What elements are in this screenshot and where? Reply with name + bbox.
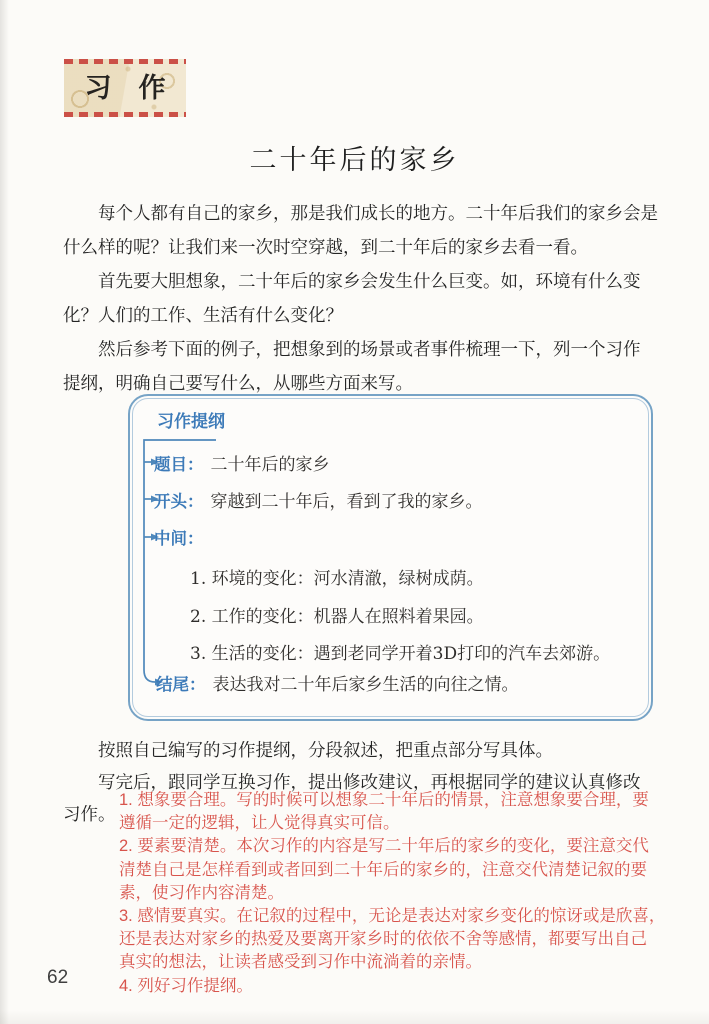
note-line: 还是表达对家乡的热爱及要离开家乡时的依依不舍等感情，都要写出自己 — [119, 928, 697, 951]
note-line: 1. 想象要合理。写的时候可以想象二十年后的情景，注意想象要合理，要 — [119, 789, 697, 812]
outline-row-ending: 结尾：表达我对二十年后家乡生活的向往之情。 — [156, 670, 519, 695]
writing-outline-box: 习作提纲 题目：二十年后的家乡 开头：穿越到二十年后，看到了我的家乡。 中间： … — [128, 394, 653, 721]
outline-middle-item: 2. 工作的变化：机器人在照料着果园。 — [190, 602, 484, 627]
paragraph-line: 化？人们的工作、生活有什么变化？ — [63, 298, 655, 332]
section-banner-label: 习 作 — [85, 75, 166, 102]
outline-item-text: 3. 生活的变化：遇到老同学开着3D打印的汽车去郊游。 — [190, 644, 610, 664]
outline-label-middle: 中间： — [154, 529, 204, 548]
outline-label-ending: 结尾： — [156, 675, 206, 694]
note-line: 清楚自己是怎样看到或者回到二十年后的家乡的，注意交代清楚记叙的要 — [119, 859, 697, 882]
note-line: 素，使习作内容清楚。 — [119, 882, 697, 905]
textbook-page: 习 作 二十年后的家乡 每个人都有自己的家乡，那是我们成长的地方。二十年后我们的… — [0, 0, 709, 1024]
intro-paragraphs: 每个人都有自己的家乡，那是我们成长的地方。二十年后我们的家乡会是 什么样的呢？让… — [63, 196, 655, 400]
note-line: 真实的想法，让读者感受到习作中流淌着的亲情。 — [119, 951, 697, 974]
outline-item-text: 1. 环境的变化：河水清澈，绿树成荫。 — [190, 569, 484, 589]
red-annotation-notes: 1. 想象要合理。写的时候可以想象二十年后的情景，注意想象要合理，要 遵循一定的… — [119, 789, 697, 998]
page-title: 二十年后的家乡 — [0, 138, 709, 177]
paragraph-line: 按照自己编写的习作提纲，分段叙述，把重点部分写具体。 — [63, 734, 655, 766]
paragraph-line: 然后参考下面的例子，把想象到的场景或者事件梳理一下，列一个习作 — [63, 332, 655, 366]
paragraph-line: 什么样的呢？让我们来一次时空穿越，到二十年后的家乡去看一看。 — [63, 230, 655, 264]
paragraph-line: 每个人都有自己的家乡，那是我们成长的地方。二十年后我们的家乡会是 — [63, 196, 655, 230]
outline-text-opening: 穿越到二十年后，看到了我的家乡。 — [211, 492, 483, 512]
outline-label-opening: 开头： — [154, 492, 204, 511]
outline-item-text: 2. 工作的变化：机器人在照料着果园。 — [190, 607, 484, 627]
outline-middle-item: 3. 生活的变化：遇到老同学开着3D打印的汽车去郊游。 — [190, 639, 610, 664]
paragraph-line: 首先要大胆想象，二十年后的家乡会发生什么巨变。如，环境有什么变 — [63, 264, 655, 298]
outline-heading: 习作提纲 — [157, 407, 225, 432]
outline-text-title: 二十年后的家乡 — [211, 455, 330, 475]
outline-row-middle: 中间： — [154, 525, 204, 549]
outline-row-opening: 开头：穿越到二十年后，看到了我的家乡。 — [154, 487, 483, 512]
section-banner: 习 作 — [64, 59, 186, 117]
outline-text-ending: 表达我对二十年后家乡生活的向往之情。 — [213, 675, 519, 695]
note-line: 4. 列好习作提纲。 — [119, 975, 697, 998]
outline-row-title: 题目：二十年后的家乡 — [154, 450, 330, 475]
note-line: 遵循一定的逻辑，让人觉得真实可信。 — [119, 812, 697, 835]
outline-middle-item: 1. 环境的变化：河水清澈，绿树成荫。 — [190, 564, 484, 589]
note-line: 3. 感情要真实。在记叙的过程中，无论是表达对家乡变化的惊讶或是欣喜， — [119, 905, 697, 928]
note-line: 2. 要素要清楚。本次习作的内容是写二十年后的家乡的变化，要注意交代 — [119, 835, 697, 858]
outline-label-title: 题目： — [154, 455, 204, 474]
page-number: 62 — [47, 967, 68, 989]
